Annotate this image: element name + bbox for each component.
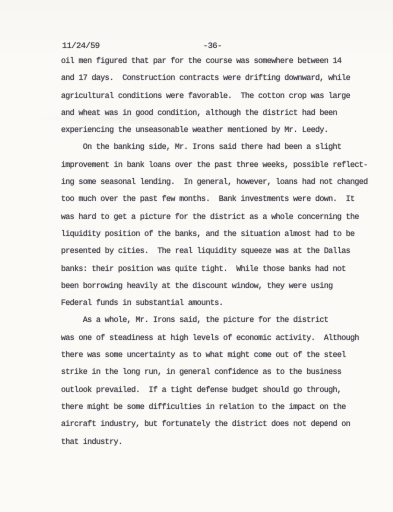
text-line: strike in the long run, in general confi…: [61, 364, 381, 381]
text-line: oil men figured that par for the course …: [61, 53, 381, 70]
document-body: oil men figured that par for the course …: [61, 53, 381, 451]
document-page: 11/24/59 -36- oil men figured that par f…: [0, 0, 393, 512]
text-line: outlook prevailed. If a tight defense bu…: [61, 382, 381, 399]
text-line: was one of steadiness at high levels of …: [61, 330, 381, 347]
text-line: As a whole, Mr. Irons said, the picture …: [61, 312, 381, 329]
text-line: agricultural conditions were favorable. …: [61, 88, 381, 105]
text-line: there might be some difficulties in rela…: [61, 399, 381, 416]
text-line: banks: their position was quite tight. W…: [61, 261, 381, 278]
text-line: On the banking side, Mr. Irons said ther…: [61, 139, 381, 156]
text-line: that industry.: [61, 434, 381, 451]
text-line: Federal funds in substantial amounts.: [61, 295, 381, 312]
text-line: was hard to get a picture for the distri…: [61, 209, 381, 226]
text-line: improvement in bank loans over the past …: [61, 157, 381, 174]
text-line: ing some seasonal lending. In general, h…: [61, 174, 381, 191]
text-line: liquidity position of the banks, and the…: [61, 226, 381, 243]
text-line: been borrowing heavily at the discount w…: [61, 278, 381, 295]
text-line: presented by cities. The real liquidity …: [61, 243, 381, 260]
text-line: aircraft industry, but fortunately the d…: [61, 416, 381, 433]
text-line: experiencing the unseasonable weather me…: [61, 122, 381, 139]
text-line: and wheat was in good condition, althoug…: [61, 105, 381, 122]
page-number: -36-: [203, 41, 222, 51]
text-line: and 17 days. Construction contracts were…: [61, 70, 381, 87]
document-date: 11/24/59: [62, 41, 100, 51]
text-line: too much over the past few months. Bank …: [61, 191, 381, 208]
text-line: there was some uncertainty as to what mi…: [61, 347, 381, 364]
